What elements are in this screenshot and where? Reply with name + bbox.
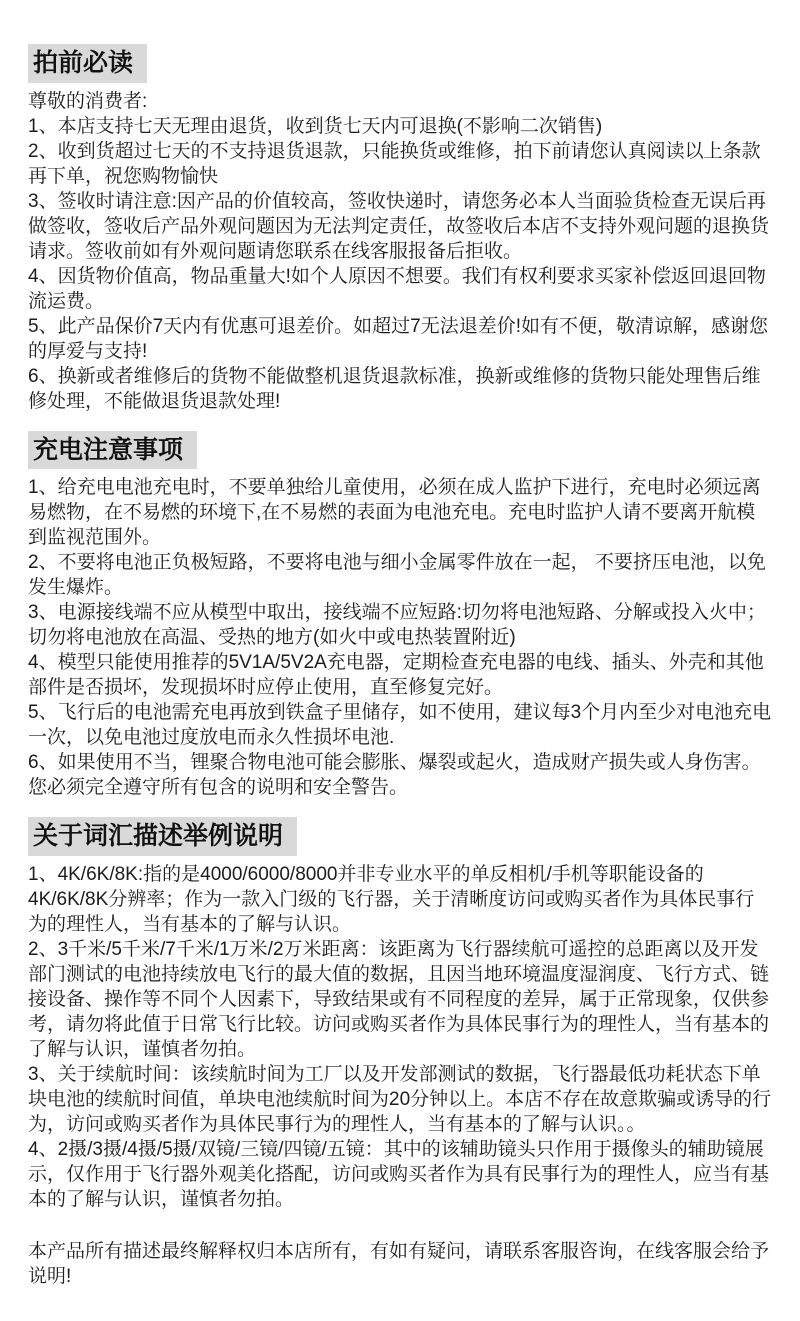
section-title-charging-notes: 充电注意事项: [28, 431, 197, 470]
notice-item: 3、关于续航时间：该续航时间为工厂以及开发部测试的数据，飞行器最低功耗状态下单块…: [28, 1062, 772, 1137]
notice-item: 3、签收时请注意:因产品的价值较高，签收快递时，请您务必本人当面验货检查无误后再…: [28, 189, 772, 264]
notice-item: 1、4K/6K/8K:指的是4000/6000/8000并非专业水平的单反相机/…: [28, 862, 772, 937]
greeting-line: 尊敬的消费者:: [28, 89, 772, 114]
section-terminology-notes: 关于词汇描述举例说明 1、4K/6K/8K:指的是4000/6000/8000并…: [28, 817, 772, 1212]
section-charging-notes: 充电注意事项 1、给充电电池充电时，不要单独给儿童使用，必须在成人监护下进行，充…: [28, 431, 772, 801]
section-purchase-notes: 拍前必读 尊敬的消费者: 1、本店支持七天无理由退货，收到货七天内可退换(不影响…: [28, 44, 772, 414]
notice-item: 5、飞行后的电池需充电再放到铁盒子里储存，如不使用，建议每3个月内至少对电池充电…: [28, 700, 772, 750]
disclaimer-paragraph: 本产品所有描述最终解释权归本店所有，有如有疑问，请联系客服咨询，在线客服会给予说…: [28, 1239, 772, 1289]
notice-item: 2、3千米/5千米/7千米/1万米/2万米距离：该距离为飞行器续航可遥控的总距离…: [28, 937, 772, 1062]
notice-item: 4、模型只能使用推荐的5V1A/5V2A充电器，定期检查充电器的电线、插头、外壳…: [28, 650, 772, 700]
notice-item: 5、此产品保价7天内有优惠可退差价。如超过7无法退差价!如有不便，敬清谅解，感谢…: [28, 314, 772, 364]
notice-item: 3、电源接线端不应从模型中取出，接线端不应短路:切勿将电池短路、分解或投入火中；…: [28, 600, 772, 650]
product-description-document: 拍前必读 尊敬的消费者: 1、本店支持七天无理由退货，收到货七天内可退换(不影响…: [0, 0, 800, 1321]
section-title-terminology-notes: 关于词汇描述举例说明: [28, 817, 297, 856]
notice-item: 6、换新或者维修后的货物不能做整机退货退款标准，换新或维修的货物只能处理售后维修…: [28, 364, 772, 414]
notice-item: 6、如果使用不当，锂聚合物电池可能会膨胀、爆裂或起火，造成财产损失或人身伤害。您…: [28, 750, 772, 800]
notice-item: 1、给充电电池充电时，不要单独给儿童使用，必须在成人监护下进行，充电时必须远离易…: [28, 475, 772, 550]
notice-item: 2、收到货超过七天的不支持退货退款，只能换货或维修，拍下前请您认真阅读以上条款再…: [28, 139, 772, 189]
notice-item: 4、因货物价值高，物品重量大!如个人原因不想要。我们有权利要求买家补偿返回退回物…: [28, 264, 772, 314]
notice-item: 4、2摄/3摄/4摄/5摄/双镜/三镜/四镜/五镜：其中的该辅助镜头只作用于摄像…: [28, 1137, 772, 1212]
section-title-purchase-notes: 拍前必读: [28, 44, 147, 83]
notice-item: 2、不要将电池正负极短路，不要将电池与细小金属零件放在一起， 不要挤压电池，以免…: [28, 550, 772, 600]
notice-item: 1、本店支持七天无理由退货，收到货七天内可退换(不影响二次销售): [28, 114, 772, 139]
